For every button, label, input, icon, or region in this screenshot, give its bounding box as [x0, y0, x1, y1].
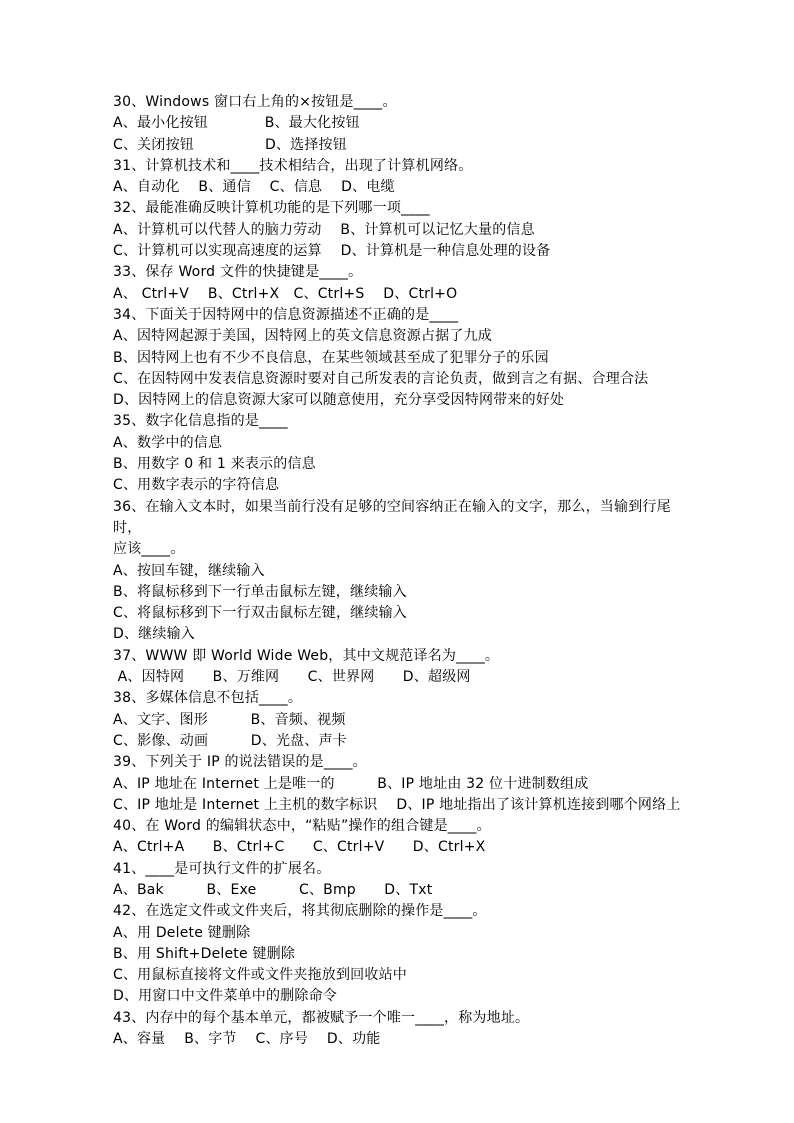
document-line: C、计算机可以实现高速度的运算 D、计算机是一种信息处理的设备: [113, 241, 694, 262]
document-line: 31、计算机技术和____技术相结合，出现了计算机网络。: [113, 156, 694, 177]
document-line: C、影像、动画 D、光盘、声卡: [113, 731, 694, 752]
document-line: D、用窗口中文件菜单中的删除命令: [113, 986, 694, 1007]
document-line: A、因特网起源于美国，因特网上的英文信息资源占据了九成: [113, 326, 694, 347]
document-line: 36、在输入文本时，如果当前行没有足够的空间容纳正在输入的文字，那么，当输到行尾…: [113, 497, 694, 540]
document-line: A、IP 地址在 Internet 上是唯一的 B、IP 地址由 32 位十进制…: [113, 774, 694, 795]
document-line: A、文字、图形 B、音频、视频: [113, 710, 694, 731]
document-line: A、Ctrl+A B、Ctrl+C C、Ctrl+V D、Ctrl+X: [113, 837, 694, 858]
document-line: D、因特网上的信息资源大家可以随意使用，充分享受因特网带来的好处: [113, 390, 694, 411]
document-line: 30、Windows 窗口右上角的×按钮是____。: [113, 92, 694, 113]
document-line: 37、WWW 即 World Wide Web，其中文规范译名为____。: [113, 646, 694, 667]
document-page: 30、Windows 窗口右上角的×按钮是____。A、最小化按钮 B、最大化按…: [0, 0, 794, 1123]
document-line: 42、在选定文件或文件夹后，将其彻底删除的操作是____。: [113, 901, 694, 922]
document-line: A、数学中的信息: [113, 433, 694, 454]
document-line: C、关闭按钮 D、选择按钮: [113, 135, 694, 156]
document-line: D、继续输入: [113, 624, 694, 645]
document-line: A、 Ctrl+V B、Ctrl+X C、Ctrl+S D、Ctrl+O: [113, 284, 694, 305]
document-line: 32、最能准确反映计算机功能的是下列哪一项____: [113, 198, 694, 219]
document-line: B、用 Shift+Delete 键删除: [113, 944, 694, 965]
document-line: B、将鼠标移到下一行单击鼠标左键，继续输入: [113, 582, 694, 603]
document-line: B、因特网上也有不少不良信息，在某些领域甚至成了犯罪分子的乐园: [113, 348, 694, 369]
document-line: B、用数字 0 和 1 来表示的信息: [113, 454, 694, 475]
document-line: A、容量 B、字节 C、序号 D、功能: [113, 1029, 694, 1050]
document-line: C、在因特网中发表信息资源时要对自己所发表的言论负责，做到言之有据、合理合法: [113, 369, 694, 390]
exam-text-block: 30、Windows 窗口右上角的×按钮是____。A、最小化按钮 B、最大化按…: [113, 92, 694, 1050]
document-line: 34、下面关于因特网中的信息资源描述不正确的是____: [113, 305, 694, 326]
document-line: A、自动化 B、通信 C、信息 D、电缆: [113, 177, 694, 198]
document-line: 39、下列关于 IP 的说法错误的是____。: [113, 752, 694, 773]
document-line: A、因特网 B、万维网 C、世界网 D、超级网: [113, 667, 694, 688]
document-line: A、用 Delete 键删除: [113, 923, 694, 944]
document-line: C、用数字表示的字符信息: [113, 475, 694, 496]
document-line: A、按回车键，继续输入: [113, 561, 694, 582]
document-line: A、Bak B、Exe C、Bmp D、Txt: [113, 880, 694, 901]
document-line: C、IP 地址是 Internet 上主机的数字标识 D、IP 地址指出了该计算…: [113, 795, 694, 816]
document-line: 33、保存 Word 文件的快捷键是____。: [113, 262, 694, 283]
document-line: 应该____。: [113, 539, 694, 560]
document-line: 38、多媒体信息不包括____。: [113, 688, 694, 709]
document-line: 35、数字化信息指的是____: [113, 411, 694, 432]
document-line: 41、____是可执行文件的扩展名。: [113, 859, 694, 880]
document-line: 43、内存中的每个基本单元，都被赋予一个唯一____，称为地址。: [113, 1008, 694, 1029]
document-line: A、计算机可以代替人的脑力劳动 B、计算机可以记忆大量的信息: [113, 220, 694, 241]
document-line: 40、在 Word 的编辑状态中，“粘贴”操作的组合键是____。: [113, 816, 694, 837]
document-line: C、用鼠标直接将文件或文件夹拖放到回收站中: [113, 965, 694, 986]
document-line: C、将鼠标移到下一行双击鼠标左键，继续输入: [113, 603, 694, 624]
document-line: A、最小化按钮 B、最大化按钮: [113, 113, 694, 134]
